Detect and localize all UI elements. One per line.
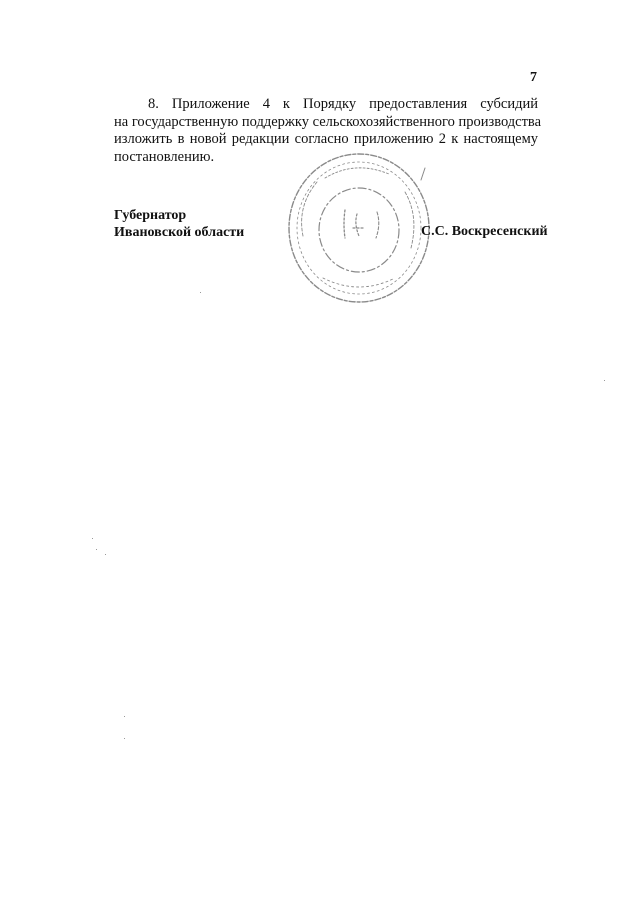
official-seal-icon: [285, 148, 435, 306]
signatory-region: Ивановской области: [114, 224, 244, 241]
page-number: 7: [530, 70, 537, 86]
scan-speck: [200, 292, 201, 293]
paragraph-line: изложить в новой редакции согласно прило…: [114, 131, 538, 149]
scan-speck: [96, 549, 97, 550]
paragraph-line: 8. Приложение 4 к Порядку предоставления…: [114, 96, 538, 114]
scan-speck: [92, 538, 93, 539]
paragraph-line: на государственную поддержку сельскохозя…: [114, 114, 538, 132]
signatory-position: Губернатор Ивановской области: [114, 207, 244, 241]
signatory-title: Губернатор: [114, 207, 244, 224]
scan-speck: [124, 738, 125, 739]
scan-speck: [124, 716, 125, 717]
scan-speck: [604, 380, 605, 381]
signatory-name: С.С. Воскресенский: [421, 224, 548, 240]
scan-speck: [105, 554, 106, 555]
